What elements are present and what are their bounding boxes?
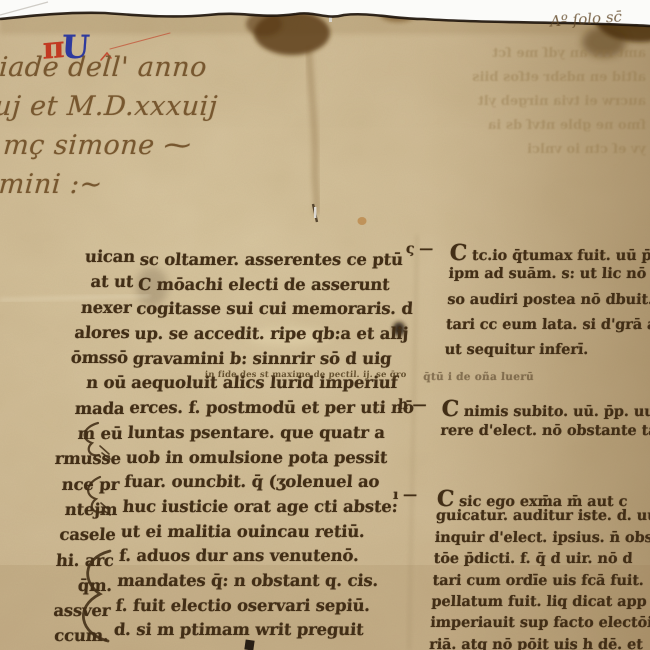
dark-mark-bottom <box>244 639 254 650</box>
bleedthrough-line: amt rrv an ydſ me ſct <box>428 46 646 70</box>
bleedthrough-text: amt rrv an ydſ me ſctaſtid en ndsbr etſo… <box>428 46 646 166</box>
bleedthrough-line: aſtid en ndsbr etſos biis <box>428 70 646 94</box>
worn-faded-patch <box>248 328 332 346</box>
smudge-left <box>136 267 168 307</box>
parchment-slit-light <box>314 207 316 218</box>
bleedthrough-line: yv eſ ctn io vnlci <box>428 142 646 166</box>
ink-blot <box>393 322 405 336</box>
bleedthrough-line: aucrw ei tvia nirgeb ylt <box>428 94 646 118</box>
manuscript-photo: hiade dell' annoxuj et M.D.xxxuijli mç s… <box>0 0 650 650</box>
small-orange-spot <box>358 217 367 225</box>
bleedthrough-line: ſmo ne gble ntvſ ds ia <box>428 118 646 142</box>
